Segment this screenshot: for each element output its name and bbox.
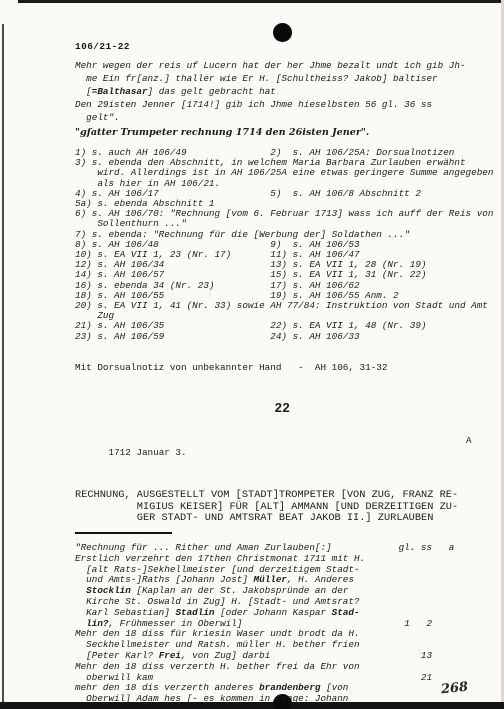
text-segment [75, 585, 86, 596]
text-segment: me Ein fr[anz.] thaller wie Er H. [Schul… [75, 73, 438, 84]
text-line: Mehr wegen der reis uf Lucern hat der he… [75, 59, 490, 72]
text-segment: [ [75, 86, 92, 97]
account-transcript: "Rechnung für ... Rither und Aman Zurlau… [75, 543, 490, 705]
bold-text-segment: Stocklin [86, 585, 131, 596]
text-segment: oberwill kam 21 [75, 672, 432, 683]
text-segment: [oder Johann Kaspar [215, 607, 332, 618]
text-line: [=Balthasar] das gelt gebracht hat [75, 85, 490, 98]
text-segment: MIGIUS KEISER] FÜR [ALT] AMMANN [UND DER… [75, 501, 458, 513]
text-segment: Kirche St. Oswald in Zug] H. [Stadt- und… [75, 596, 360, 607]
text-segment: 23) s. AH 106/59 24) s. AH 106/33 [75, 331, 360, 342]
text-segment: Karl Sebastian] [75, 607, 175, 618]
footnotes-block: 1) s. auch AH 106/49 2) s. AH 106/25A: D… [75, 148, 490, 342]
text-segment: [Kaplan an der St. Jakobspründe an der [131, 585, 349, 596]
text-segment: "Rechnung für ... Rither und Aman Zurlau… [75, 542, 454, 553]
text-segment: Mehr den 18 diss für kriesin Waser undt … [75, 628, 360, 639]
bold-text-segment: =Balthasar [92, 86, 148, 97]
entry-date-row: 1712 Januar 3. A [75, 435, 490, 483]
bold-text-segment: brandenberg [259, 682, 320, 693]
bold-text-segment: Stad- [332, 607, 360, 618]
dorsual-note: Mit Dorsualnotiz von unbekannter Hand - … [75, 362, 490, 374]
text-segment: mehr den 18 dis verzerth anderes [75, 682, 259, 693]
bold-text-segment: lin? [86, 618, 108, 629]
entry-date: 1712 Januar 3. [108, 447, 186, 458]
text-segment: , Frühmesser in Oberwil] 1 2 [109, 618, 433, 629]
text-segment: gelt". [75, 112, 120, 123]
divider-rule [75, 532, 172, 534]
text-segment: Mehr den 18 diss verzerth H. bether frei… [75, 661, 360, 672]
text-segment: [alt Rats-]Sekhellmeister [und derzeitig… [75, 564, 360, 575]
text-segment: Seckhellmeister und Ratsh. müller H. bet… [75, 639, 360, 650]
bold-text-segment: Müller [254, 574, 287, 585]
folio-number-handwritten: 268 [440, 680, 469, 698]
text-segment: RECHNUNG, AUSGESTELLT VOM [STADT]TROMPET… [75, 489, 458, 501]
text-segment: und Amts-]Raths [Johann Jost] [75, 574, 254, 585]
text-segment: [von [320, 682, 348, 693]
entry-siglum: A [466, 435, 472, 447]
text-segment: , von Zug] darbi 13 [181, 650, 432, 661]
archive-reference: 106/21-22 [75, 40, 490, 53]
text-segment: 20) s. EA VII 1, 41 (Nr. 33) sowie AH 77… [75, 300, 488, 311]
text-line: gelt". [75, 111, 490, 124]
text-line: Den 29isten Jenner [1714!] gib ich Jhme … [75, 98, 490, 111]
text-segment: Erstlich verzehrt den 17then Christmonat… [75, 553, 365, 564]
page-content: 106/21-22 Mehr wegen der reis uf Lucern … [75, 40, 490, 705]
scan-left-edge [2, 24, 4, 705]
text-line: 23) s. AH 106/59 24) s. AH 106/33 [75, 332, 490, 342]
text-line: me Ein fr[anz.] thaller wie Er H. [Schul… [75, 72, 490, 85]
text-segment: [Peter Karl? [75, 650, 159, 661]
entry-heading: RECHNUNG, AUSGESTELLT VOM [STADT]TROMPET… [75, 490, 490, 525]
text-segment: Mehr wegen der reis uf Lucern hat der he… [75, 60, 466, 71]
transcript-paragraphs: Mehr wegen der reis uf Lucern hat der he… [75, 59, 490, 124]
scanned-document-page: 106/21-22 Mehr wegen der reis uf Lucern … [0, 0, 504, 709]
text-segment: , H. Anderes [287, 574, 354, 585]
text-line: Oberwil] Adam hes [- es kommen in Frage:… [75, 694, 490, 705]
text-segment [75, 618, 86, 629]
scan-top-edge [18, 0, 504, 3]
bold-text-segment: Stadlin [175, 607, 214, 618]
text-segment: Oberwil] Adam hes [- es kommen in Frage:… [75, 693, 348, 704]
text-segment: ] das gelt gebracht hat [148, 86, 276, 97]
text-segment: Den 29isten Jenner [1714!] gib ich Jhme … [75, 99, 432, 110]
script-quote-line: "gſatter Trumpeter rechnung 1714 den 26i… [75, 126, 490, 139]
text-line: GER STADT- UND AMTSRAT BEAT JAKOB II.] Z… [75, 513, 490, 525]
text-segment: GER STADT- UND AMTSRAT BEAT JAKOB II.] Z… [75, 512, 433, 524]
text-line: 20) s. EA VII 1, 41 (Nr. 33) sowie AH 77… [75, 301, 490, 311]
bold-text-segment: Frei [159, 650, 181, 661]
entry-number: 22 [75, 400, 490, 415]
